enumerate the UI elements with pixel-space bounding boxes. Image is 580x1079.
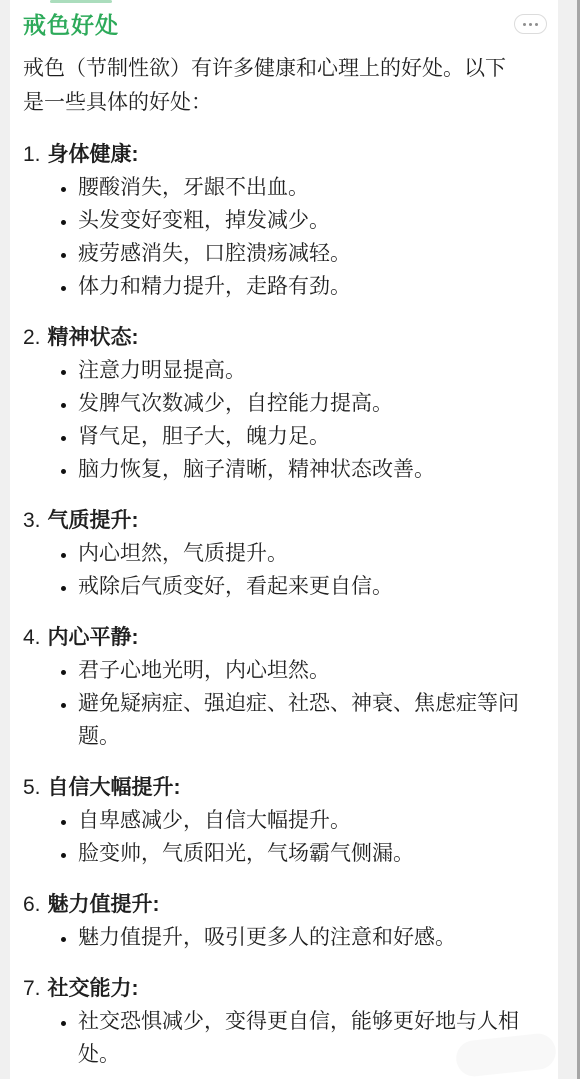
section-title-colon: :: [132, 977, 139, 1000]
more-options-icon: [523, 23, 538, 26]
section-heading: 6.魅力值提升:: [23, 888, 523, 921]
bullet-item: 体力和精力提升，走路有劲。: [78, 270, 523, 303]
section-heading: 7.社交能力:: [23, 972, 523, 1005]
article-body: 戒色（节制性欲）有许多健康和心理上的好处。以下是一些具体的好处： 1.身体健康:…: [23, 52, 523, 1071]
bullet-list: 内心坦然，气质提升。戒除后气质变好，看起来更自信。: [23, 537, 523, 603]
section-number: 6.: [23, 893, 41, 916]
bullet-item: 肾气足，胆子大，魄力足。: [78, 420, 523, 453]
section-number: 3.: [23, 509, 41, 532]
bullet-item: 腰酸消失，牙龈不出血。: [78, 171, 523, 204]
more-options-button[interactable]: [514, 14, 547, 34]
bullet-item: 脑力恢复，脑子清晰，精神状态改善。: [78, 453, 523, 486]
clipped-content-fragment: [50, 0, 112, 3]
section-heading: 1.身体健康:: [23, 138, 523, 171]
section-title: 精神状态: [48, 326, 132, 349]
intro-paragraph: 戒色（节制性欲）有许多健康和心理上的好处。以下是一些具体的好处：: [23, 52, 523, 120]
section-title: 魅力值提升: [48, 893, 153, 916]
benefits-list: 1.身体健康:腰酸消失，牙龈不出血。头发变好变粗，掉发减少。疲劳感消失，口腔溃疡…: [23, 138, 523, 1071]
section-title-colon: :: [132, 326, 139, 349]
bullet-list: 君子心地光明，内心坦然。避免疑病症、强迫症、社恐、神衰、焦虑症等问题。: [23, 654, 523, 753]
section-number: 4.: [23, 626, 41, 649]
bullet-list: 社交恐惧减少，变得更自信，能够更好地与人相处。: [23, 1005, 523, 1071]
section-heading: 5.自信大幅提升:: [23, 771, 523, 804]
bullet-list: 腰酸消失，牙龈不出血。头发变好变粗，掉发减少。疲劳感消失，口腔溃疡减轻。体力和精…: [23, 171, 523, 303]
section-title: 自信大幅提升: [48, 776, 174, 799]
section-number: 2.: [23, 326, 41, 349]
bullet-item: 避免疑病症、强迫症、社恐、神衰、焦虑症等问题。: [78, 687, 523, 753]
section-title-colon: :: [153, 893, 160, 916]
bullet-item: 发脾气次数减少，自控能力提高。: [78, 387, 523, 420]
bullet-item: 魅力值提升，吸引更多人的注意和好感。: [78, 921, 523, 954]
section-title: 内心平静: [48, 626, 132, 649]
bullet-item: 君子心地光明，内心坦然。: [78, 654, 523, 687]
section-title-colon: :: [174, 776, 181, 799]
content-card: 戒色好处 戒色（节制性欲）有许多健康和心理上的好处。以下是一些具体的好处： 1.…: [10, 0, 558, 1079]
section-heading: 4.内心平静:: [23, 621, 523, 654]
section-heading: 2.精神状态:: [23, 321, 523, 354]
bullet-item: 自卑感减少，自信大幅提升。: [78, 804, 523, 837]
section-title-colon: :: [132, 509, 139, 532]
section-title: 气质提升: [48, 509, 132, 532]
bullet-item: 脸变帅，气质阳光，气场霸气侧漏。: [78, 837, 523, 870]
bullet-item: 戒除后气质变好，看起来更自信。: [78, 570, 523, 603]
section-title: 身体健康: [48, 143, 132, 166]
section-title: 社交能力: [48, 977, 132, 1000]
section-title-colon: :: [132, 143, 139, 166]
bullet-list: 魅力值提升，吸引更多人的注意和好感。: [23, 921, 523, 954]
bullet-item: 内心坦然，气质提升。: [78, 537, 523, 570]
section-title-colon: :: [132, 626, 139, 649]
bullet-item: 疲劳感消失，口腔溃疡减轻。: [78, 237, 523, 270]
bullet-list: 自卑感减少，自信大幅提升。脸变帅，气质阳光，气场霸气侧漏。: [23, 804, 523, 870]
section-number: 1.: [23, 143, 41, 166]
section-heading: 3.气质提升:: [23, 504, 523, 537]
bullet-list: 注意力明显提高。发脾气次数减少，自控能力提高。肾气足，胆子大，魄力足。脑力恢复，…: [23, 354, 523, 486]
page-title: 戒色好处: [23, 10, 558, 40]
bullet-item: 头发变好变粗，掉发减少。: [78, 204, 523, 237]
bullet-item: 注意力明显提高。: [78, 354, 523, 387]
section-number: 7.: [23, 977, 41, 1000]
section-number: 5.: [23, 776, 41, 799]
